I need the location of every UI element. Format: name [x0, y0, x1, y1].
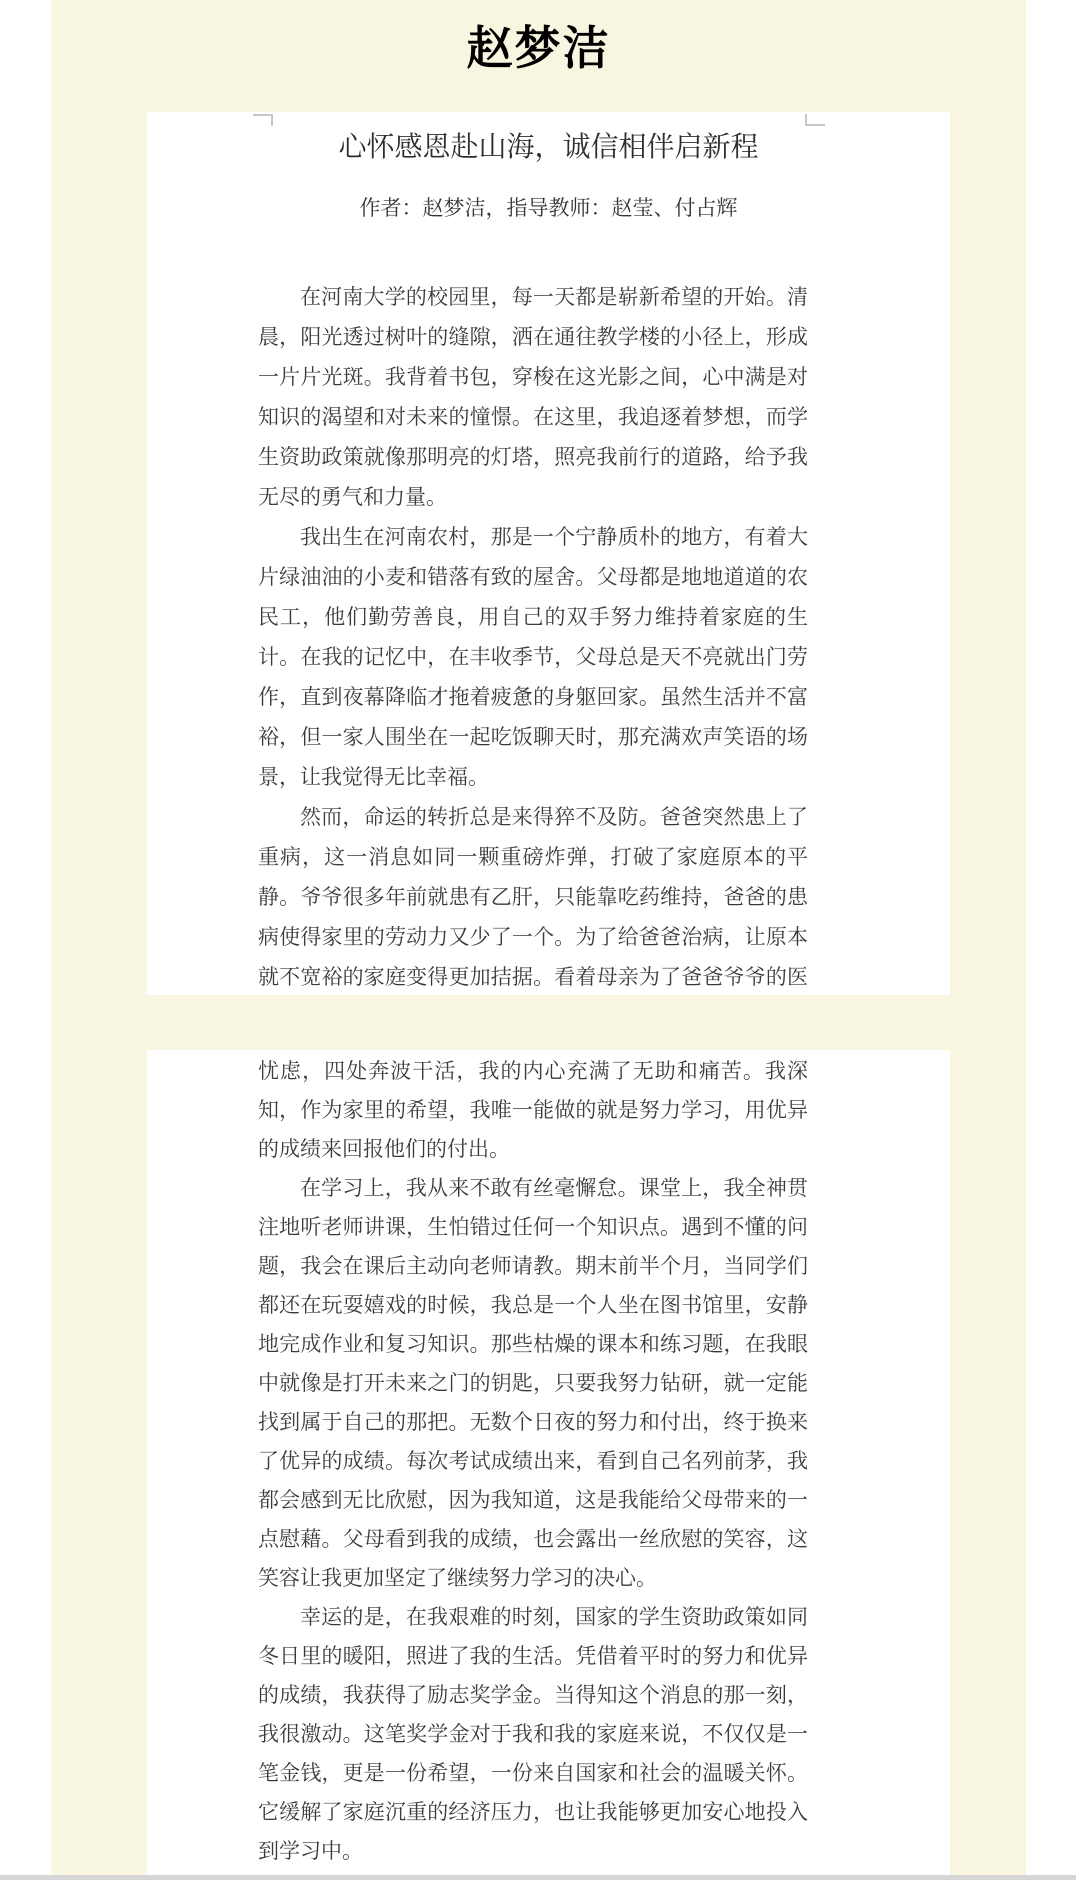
essay-paragraph: 忧虑，四处奔波干活，我的内心充满了无助和痛苦。我深知，作为家里的希望，我唯一能做… — [258, 1052, 808, 1169]
page-scroll-area[interactable]: 赵梦洁 心怀感恩赴山海，诚信相伴启新程 作者：赵梦洁，指导教师：赵莹、付占辉 在… — [0, 0, 1076, 1880]
margin-corner-mark-right-icon — [805, 114, 825, 126]
essay-paragraph: 在学习上，我从来不敢有丝毫懈怠。课堂上，我全神贯注地听老师讲课，生怕错过任何一个… — [258, 1169, 808, 1598]
essay-paragraph: 然而，命运的转折总是来得猝不及防。爸爸突然患上了重病，这一消息如同一颗重磅炸弹，… — [258, 798, 808, 995]
essay-paragraph: 幸运的是，在我艰难的时刻，国家的学生资助政策如同冬日里的暖阳，照进了我的生活。凭… — [258, 1598, 808, 1871]
document-page-2: 忧虑，四处奔波干活，我的内心充满了无助和痛苦。我深知，作为家里的希望，我唯一能做… — [147, 1050, 950, 1880]
essay-paragraph: 我出生在河南农村，那是一个宁静质朴的地方，有着大片绿油油的小麦和错落有致的屋舍。… — [258, 518, 808, 798]
essay-paragraph: 在河南大学的校园里，每一天都是崭新希望的开始。清晨，阳光透过树叶的缝隙，洒在通往… — [258, 278, 808, 518]
margin-corner-mark-left-icon — [253, 114, 273, 126]
essay-byline: 作者：赵梦洁，指导教师：赵莹、付占辉 — [147, 194, 950, 224]
bottom-edge-bar — [0, 1875, 1076, 1880]
essay-body-page-1: 在河南大学的校园里，每一天都是崭新希望的开始。清晨，阳光透过树叶的缝隙，洒在通往… — [258, 278, 808, 995]
essay-body-page-2: 忧虑，四处奔波干活，我的内心充满了无助和痛苦。我深知，作为家里的希望，我唯一能做… — [147, 1050, 950, 1871]
student-name-heading: 赵梦洁 — [51, 12, 1026, 78]
document-page-1: 心怀感恩赴山海，诚信相伴启新程 作者：赵梦洁，指导教师：赵莹、付占辉 在河南大学… — [147, 112, 950, 995]
